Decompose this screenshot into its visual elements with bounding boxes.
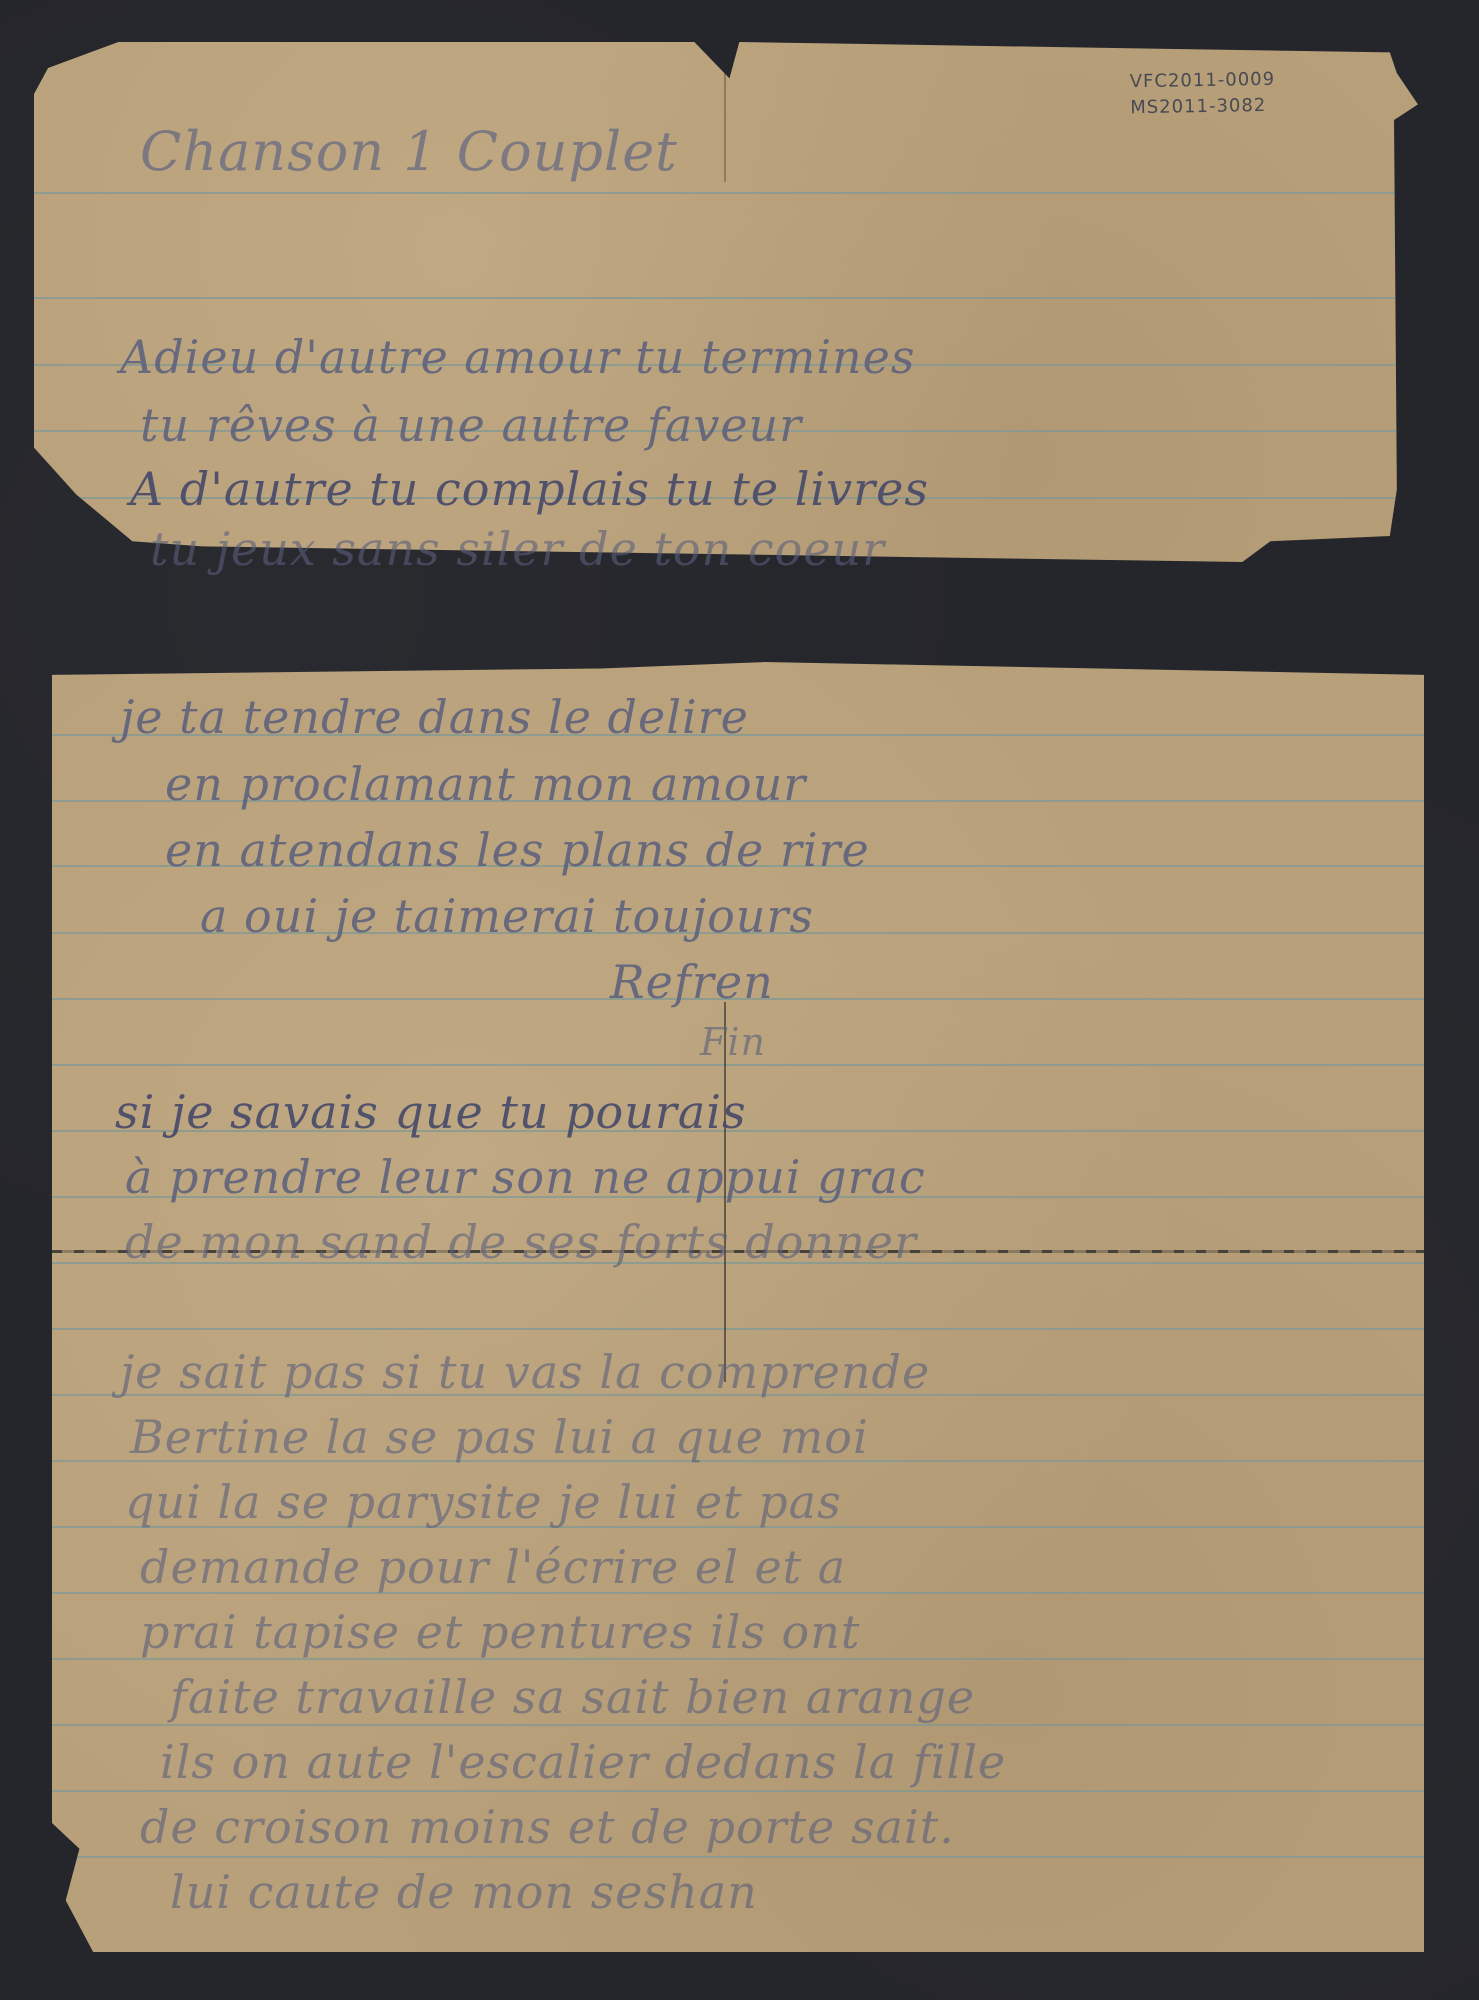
ruled-line	[52, 1724, 1424, 1726]
archive-call-numbers: VFC2011-0009 MS2011-3082	[1130, 67, 1276, 122]
call-number-vfc: VFC2011-0009	[1130, 67, 1276, 96]
handwritten-line: qui la se parysite je lui et pas	[125, 1475, 842, 1529]
handwritten-line: Bertine la se pas lui a que moi	[130, 1410, 869, 1464]
ruled-line	[52, 1856, 1424, 1858]
handwritten-line: en proclamant mon amour	[165, 757, 806, 811]
handwritten-line: Adieu d'autre amour tu termines	[120, 330, 916, 384]
ruled-line	[52, 1790, 1424, 1792]
handwritten-line: tu rêves à une autre faveur	[140, 398, 802, 452]
handwritten-line: je sait pas si tu vas la comprende	[120, 1345, 930, 1399]
ruled-line	[52, 1328, 1424, 1330]
handwritten-line: demande pour l'écrire el et a	[140, 1540, 846, 1594]
handwritten-line: de mon sand de ses forts donner	[125, 1215, 917, 1269]
handwritten-line: prai tapise et pentures ils ont	[140, 1605, 860, 1659]
handwritten-line: je ta tendre dans le delire	[120, 690, 749, 744]
handwritten-line: A d'autre tu complais tu te livres	[130, 462, 929, 516]
handwritten-line: lui caute de mon seshan	[170, 1865, 758, 1919]
ruled-line	[34, 192, 1439, 194]
handwritten-line: de croison moins et de porte sait.	[140, 1800, 955, 1854]
handwritten-line: à prendre leur son ne appui grac	[125, 1150, 926, 1204]
handwritten-line: si je savais que tu pourais	[115, 1085, 747, 1139]
fin-label: Fin	[700, 1020, 766, 1064]
call-number-ms: MS2011-3082	[1130, 93, 1276, 122]
ruled-line	[52, 1064, 1424, 1066]
handwritten-line: a oui je taimerai toujours	[200, 889, 814, 943]
ruled-line	[34, 297, 1439, 299]
handwritten-line: faite travaille sa sait bien arange	[170, 1670, 975, 1724]
handwritten-line: en atendans les plans de rire	[165, 823, 870, 877]
handwritten-line: tu jeux sans siler de ton coeur	[150, 522, 885, 576]
refrain-label: Refren	[610, 955, 774, 1009]
song-title: Chanson 1 Couplet	[140, 120, 678, 183]
handwritten-line: ils on aute l'escalier dedans la fille	[160, 1735, 1006, 1789]
